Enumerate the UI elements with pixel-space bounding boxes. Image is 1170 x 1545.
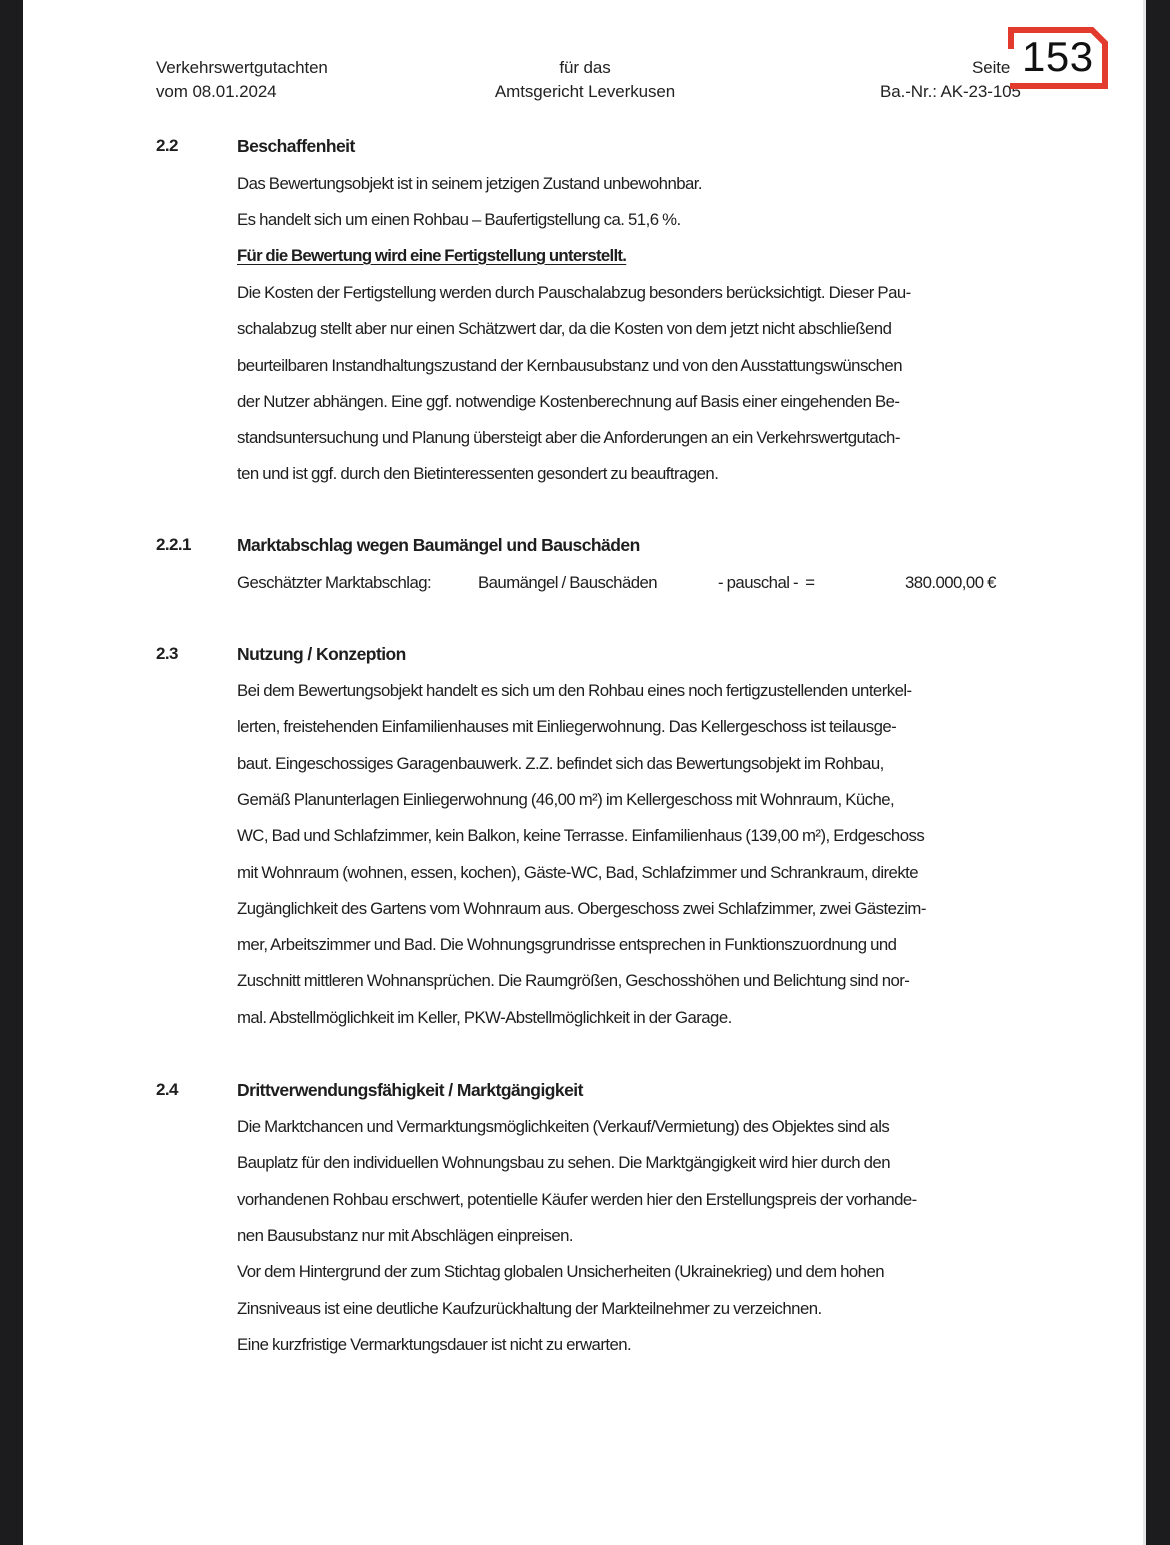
page-number-badge: 153: [1006, 25, 1110, 91]
discount-item: Baumängel / Bauschäden: [478, 572, 657, 594]
header-case-number: Ba.-Nr.: AK-23-105: [880, 81, 1021, 103]
text-line: Eine kurzfristige Vermarktungsdauer ist …: [237, 1334, 631, 1356]
section-number: 2.2: [156, 136, 178, 156]
text-line: lerten, freistehenden Einfamilienhauses …: [237, 716, 896, 738]
text-line: standsuntersuchung und Planung übersteig…: [237, 427, 900, 449]
text-line: Bauplatz für den individuellen Wohnungsb…: [237, 1152, 890, 1174]
section-number: 2.4: [156, 1080, 178, 1100]
page-edge: [1143, 0, 1146, 1545]
text-line: nen Bausubstanz nur mit Abschlägen einpr…: [237, 1225, 573, 1247]
text-line: Die Marktchancen und Vermarktungsmöglich…: [237, 1116, 889, 1138]
text-line: Es handelt sich um einen Rohbau – Baufer…: [237, 209, 681, 231]
text-line: Vor dem Hintergrund der zum Stichtag glo…: [237, 1261, 884, 1283]
text-line: ten und ist ggf. durch den Bietinteresse…: [237, 463, 718, 485]
discount-mode: - pauschal - =: [718, 572, 815, 594]
text-line: der Nutzer abhängen. Eine ggf. notwendig…: [237, 391, 899, 413]
text-line: Zugänglichkeit des Gartens vom Wohnraum …: [237, 898, 926, 920]
section-title: Marktabschlag wegen Baumängel und Bausch…: [237, 535, 640, 556]
text-line: beurteilbaren Instandhaltungszustand der…: [237, 355, 902, 377]
header-date: vom 08.01.2024: [156, 81, 277, 103]
text-line: Gemäß Planunterlagen Einliegerwohnung (4…: [237, 789, 894, 811]
header-court: Amtsgericht Leverkusen: [468, 81, 702, 103]
text-line: Das Bewertungsobjekt ist in seinem jetzi…: [237, 173, 702, 195]
text-line: Die Kosten der Fertigstellung werden dur…: [237, 282, 911, 304]
text-line: Bei dem Bewertungsobjekt handelt es sich…: [237, 680, 912, 702]
section-number: 2.3: [156, 644, 178, 664]
section-title: Beschaffenheit: [237, 136, 355, 157]
text-line: Zuschnitt mittleren Wohnansprüchen. Die …: [237, 970, 909, 992]
discount-amount: 380.000,00 €: [905, 572, 996, 594]
text-line: WC, Bad und Schlafzimmer, kein Balkon, k…: [237, 825, 924, 847]
text-line: schalabzug stellt aber nur einen Schätzw…: [237, 318, 891, 340]
section-title: Drittverwendungsfähigkeit / Marktgängigk…: [237, 1080, 583, 1101]
header-title: Verkehrswertgutachten: [156, 57, 328, 79]
text-line: vorhandenen Rohbau erschwert, potentiell…: [237, 1189, 917, 1211]
emphasis-statement: Für die Bewertung wird eine Fertigstellu…: [237, 245, 626, 267]
header-for: für das: [485, 57, 685, 79]
header-page-label: Seite: [972, 57, 1010, 79]
text-line: mal. Abstellmöglichkeit im Keller, PKW-A…: [237, 1007, 732, 1029]
page-number: 153: [1022, 33, 1094, 81]
text-line: Zinsniveaus ist eine deutliche Kaufzurüc…: [237, 1298, 822, 1320]
text-line: mit Wohnraum (wohnen, essen, kochen), Gä…: [237, 862, 918, 884]
text-line: baut. Eingeschossiges Garagenbauwerk. Z.…: [237, 753, 884, 775]
text-line: mer, Arbeitszimmer und Bad. Die Wohnungs…: [237, 934, 896, 956]
section-number: 2.2.1: [156, 535, 191, 555]
discount-label: Geschätzter Marktabschlag:: [237, 572, 431, 594]
section-title: Nutzung / Konzeption: [237, 644, 406, 665]
